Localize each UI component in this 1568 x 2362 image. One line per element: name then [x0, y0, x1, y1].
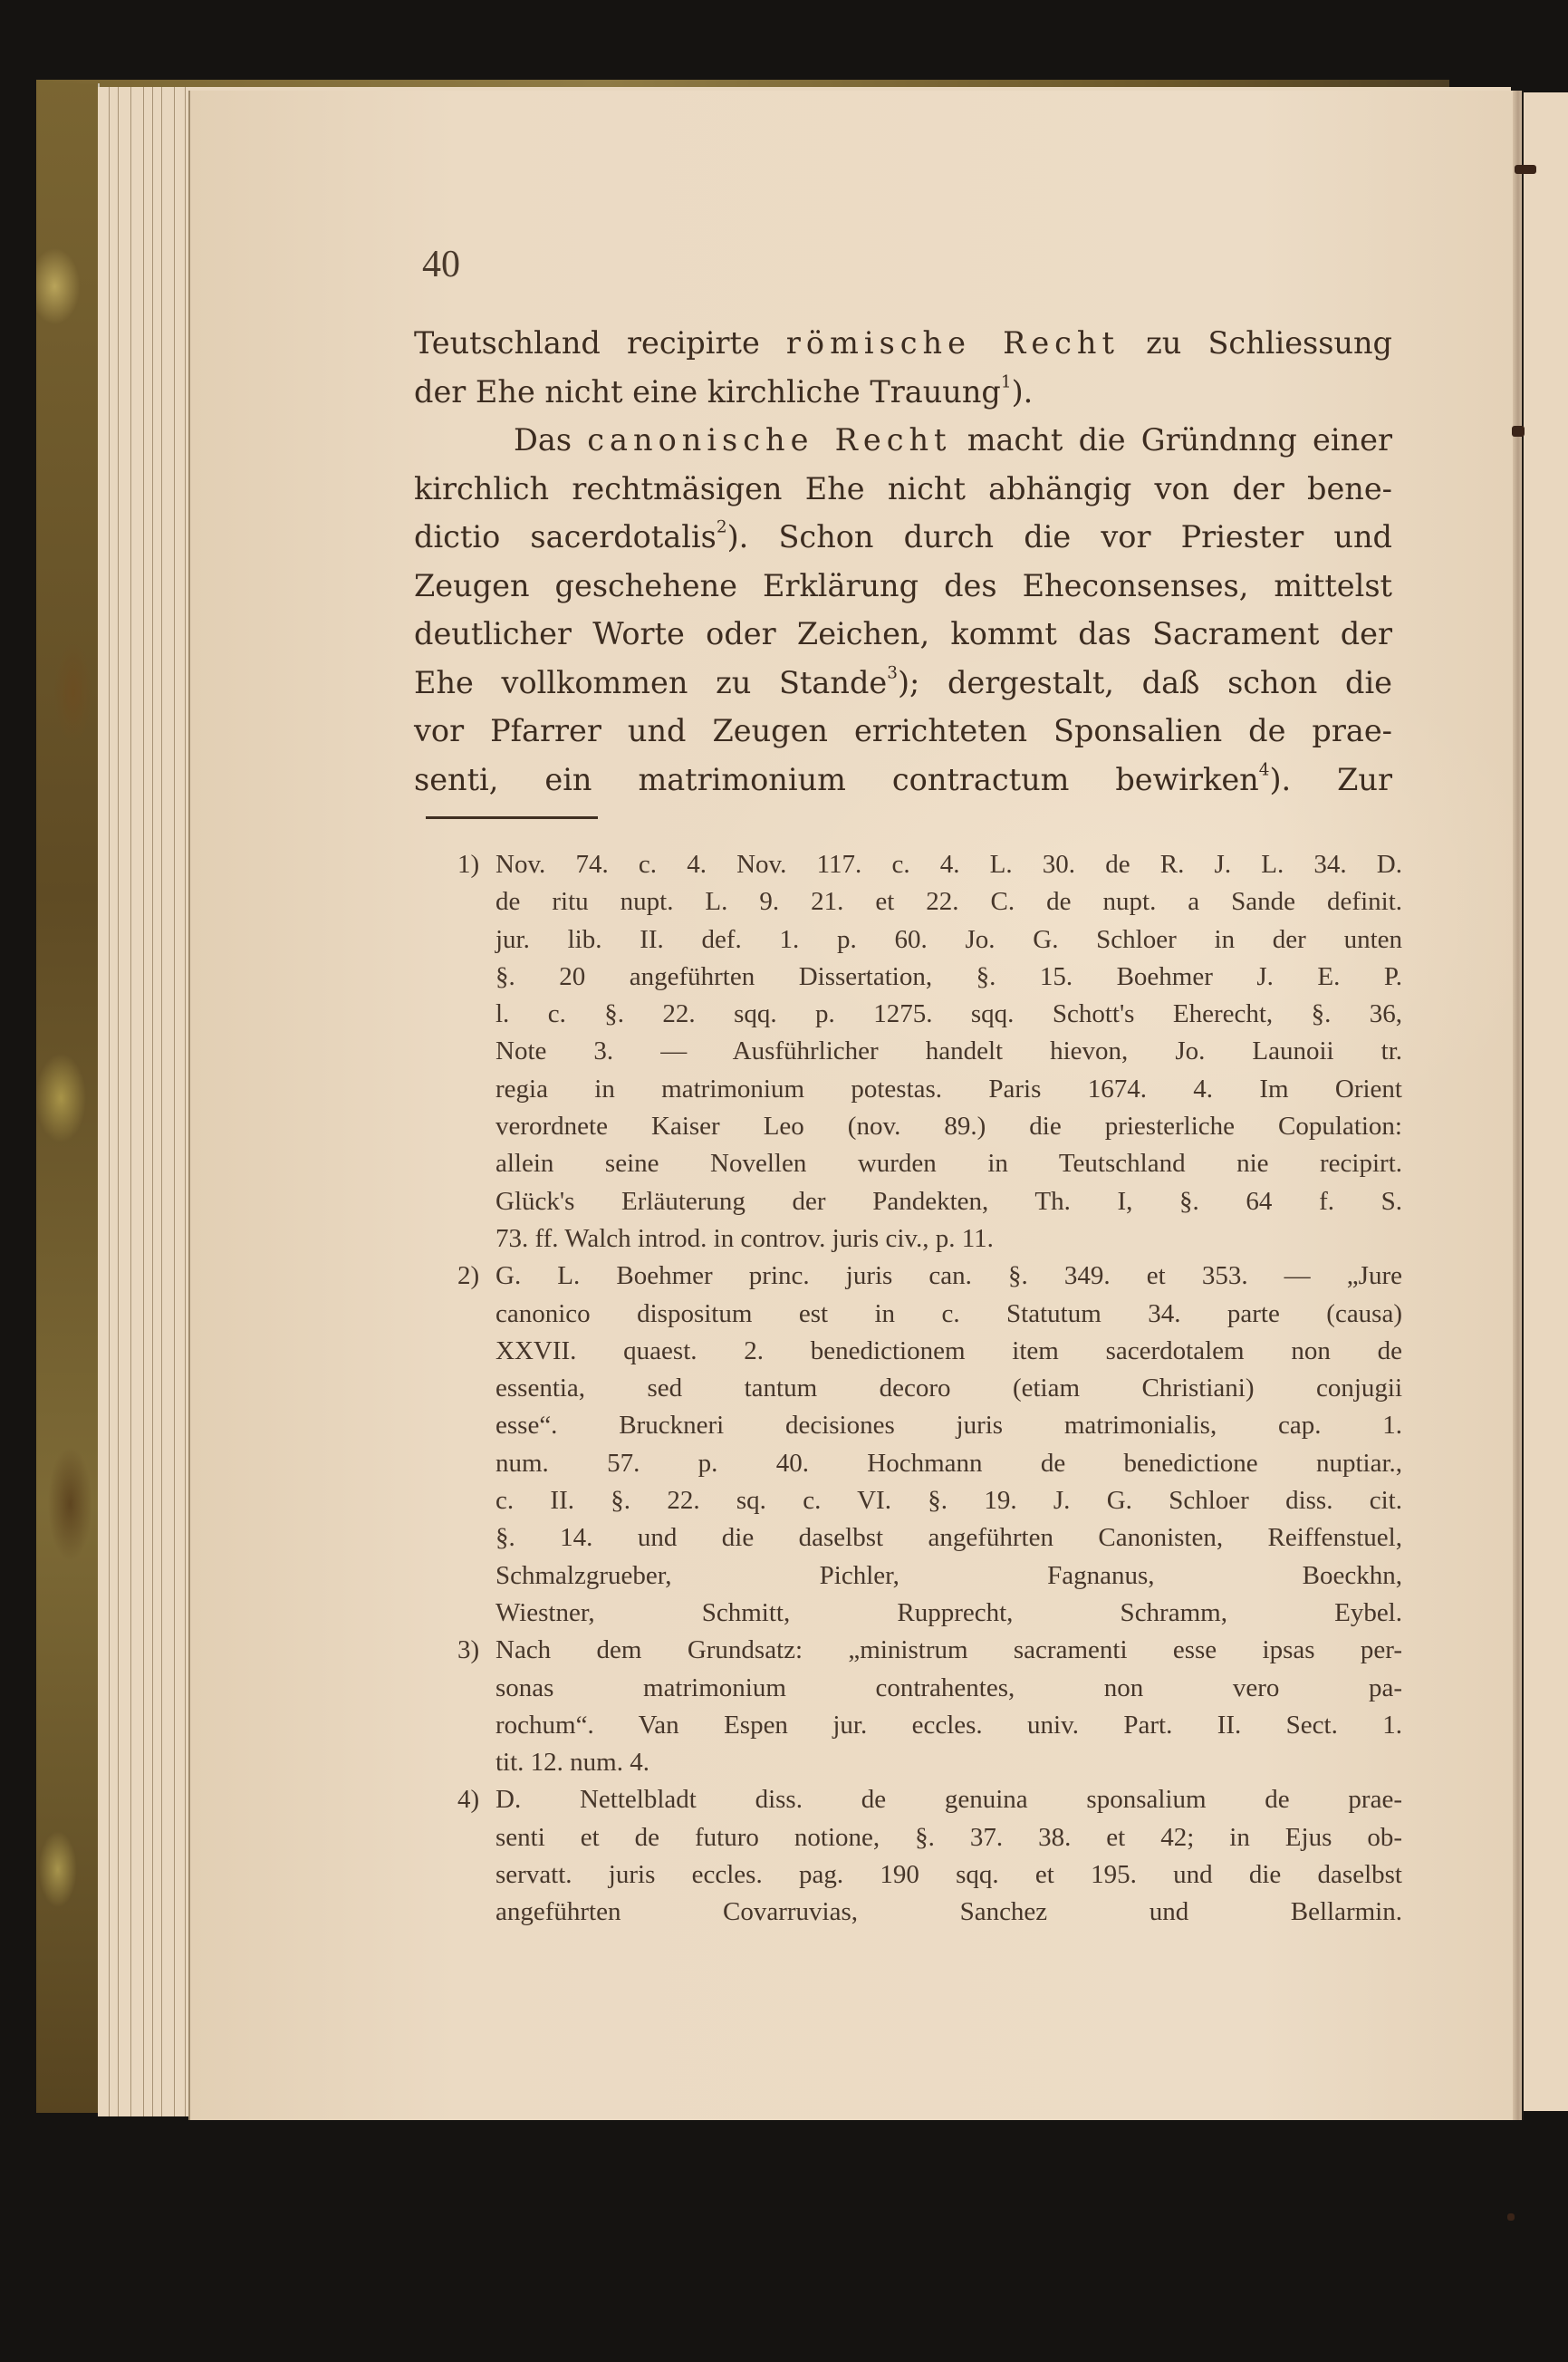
footnote-1-line: Note 3. — Ausführlicher handelt hievon, …	[457, 1033, 1402, 1070]
footnote-1-line: 1)Nov. 74. c. 4. Nov. 117. c. 4. L. 30. …	[457, 846, 1402, 883]
footnote-ref: 1	[1001, 372, 1012, 391]
footnote-4-line: 4)D. Nettelbladt diss. de genuina sponsa…	[457, 1781, 1402, 1818]
text-line: Ehe vollkommen zu Stande3); dergestalt, …	[414, 659, 1392, 708]
footnote-2-line: canonico dispositum est in c. Statutum 3…	[457, 1296, 1402, 1333]
footnote-2-line: esse“. Bruckneri decisiones juris matrim…	[457, 1407, 1402, 1444]
footnote-2-line: Schmalzgrueber, Pichler, Fagnanus, Boeck…	[457, 1557, 1402, 1595]
footnote-2-line: 2)G. L. Boehmer princ. juris can. §. 349…	[457, 1258, 1402, 1295]
footnote-2-line: c. II. §. 22. sq. c. VI. §. 19. J. G. Sc…	[457, 1482, 1402, 1519]
binding-thread-mark	[1515, 165, 1536, 174]
facing-page-edge	[1524, 92, 1568, 2111]
footnote-separator-rule	[426, 816, 598, 819]
marbled-cover-spine	[36, 83, 100, 2113]
footnote-1-line: verordnete Kaiser Leo (nov. 89.) die pri…	[457, 1108, 1402, 1145]
footnote-1-line: allein seine Novellen wurden in Teutschl…	[457, 1145, 1402, 1182]
text-line: vor Pfarrer und Zeugen errichteten Spons…	[414, 707, 1392, 756]
footnote-1-line: de ritu nupt. L. 9. 21. et 22. C. de nup…	[457, 883, 1402, 921]
footnote-1-line: §. 20 angeführten Dissertation, §. 15. B…	[457, 959, 1402, 996]
text-line: Das canonische Recht macht die Gründnng …	[414, 416, 1392, 465]
footnote-marker: 3)	[457, 1632, 495, 1669]
footnote-ref: 2	[717, 517, 727, 536]
page-number: 40	[422, 243, 460, 286]
footnote-3-line: rochum“. Van Espen jur. eccles. univ. Pa…	[457, 1707, 1402, 1744]
footnote-2-line: essentia, sed tantum decoro (etiam Chris…	[457, 1370, 1402, 1407]
text-line: der Ehe nicht eine kirchliche Trauung1).	[414, 368, 1392, 417]
footnote-2-line: XXVII. quaest. 2. benedictionem item sac…	[457, 1333, 1402, 1370]
footnote-ref: 3	[887, 663, 898, 682]
footnote-3-line: tit. 12. num. 4.	[457, 1744, 1402, 1781]
text-line: Zeugen geschehene Erklärung des Eheconse…	[414, 562, 1392, 611]
footnote-3-line: 3)Nach dem Grundsatz: „ministrum sacrame…	[457, 1632, 1402, 1669]
footnote-1-line: jur. lib. II. def. 1. p. 60. Jo. G. Schl…	[457, 921, 1402, 959]
footnote-marker: 1)	[457, 846, 495, 883]
footnote-3-line: sonas matrimonium contrahentes, non vero…	[457, 1670, 1402, 1707]
footnotes: 1)Nov. 74. c. 4. Nov. 117. c. 4. L. 30. …	[457, 846, 1402, 1932]
gutter-fold	[1513, 91, 1524, 2120]
text-line: deutlicher Worte oder Zeichen, kommt das…	[414, 610, 1392, 659]
text-line: kirchlich rechtmäsigen Ehe nicht abhängi…	[414, 465, 1392, 514]
footnote-1-line: Glück's Erläuterung der Pandekten, Th. I…	[457, 1183, 1402, 1220]
footnote-1-line: 73. ff. Walch introd. in controv. juris …	[457, 1220, 1402, 1258]
footnote-marker: 2)	[457, 1258, 495, 1295]
footnote-4-line: angeführten Covarruvias, Sanchez und Bel…	[457, 1894, 1402, 1931]
text-line: Teutschland recipirte römische Recht zu …	[414, 319, 1392, 368]
binding-thread-mark	[1507, 2213, 1515, 2221]
footnote-2-line: §. 14. und die daselbst angeführten Cano…	[457, 1519, 1402, 1557]
main-text: Teutschland recipirte römische Recht zu …	[414, 319, 1392, 804]
binding-thread-mark	[1512, 426, 1525, 437]
footnote-4-line: servatt. juris eccles. pag. 190 sqq. et …	[457, 1856, 1402, 1894]
text-line: dictio sacerdotalis2). Schon durch die v…	[414, 513, 1392, 562]
footnote-2-line: Wiestner, Schmitt, Rupprecht, Schramm, E…	[457, 1595, 1402, 1632]
footnote-ref: 4	[1259, 760, 1270, 779]
footnote-marker: 4)	[457, 1781, 495, 1818]
footnote-2-line: num. 57. p. 40. Hochmann de benedictione…	[457, 1445, 1402, 1482]
footnote-1-line: regia in matrimonium potestas. Paris 167…	[457, 1071, 1402, 1108]
text-line: senti, ein matrimonium contractum bewirk…	[414, 756, 1392, 805]
footnote-1-line: l. c. §. 22. sqq. p. 1275. sqq. Schott's…	[457, 996, 1402, 1033]
footnote-4-line: senti et de futuro notione, §. 37. 38. e…	[457, 1819, 1402, 1856]
